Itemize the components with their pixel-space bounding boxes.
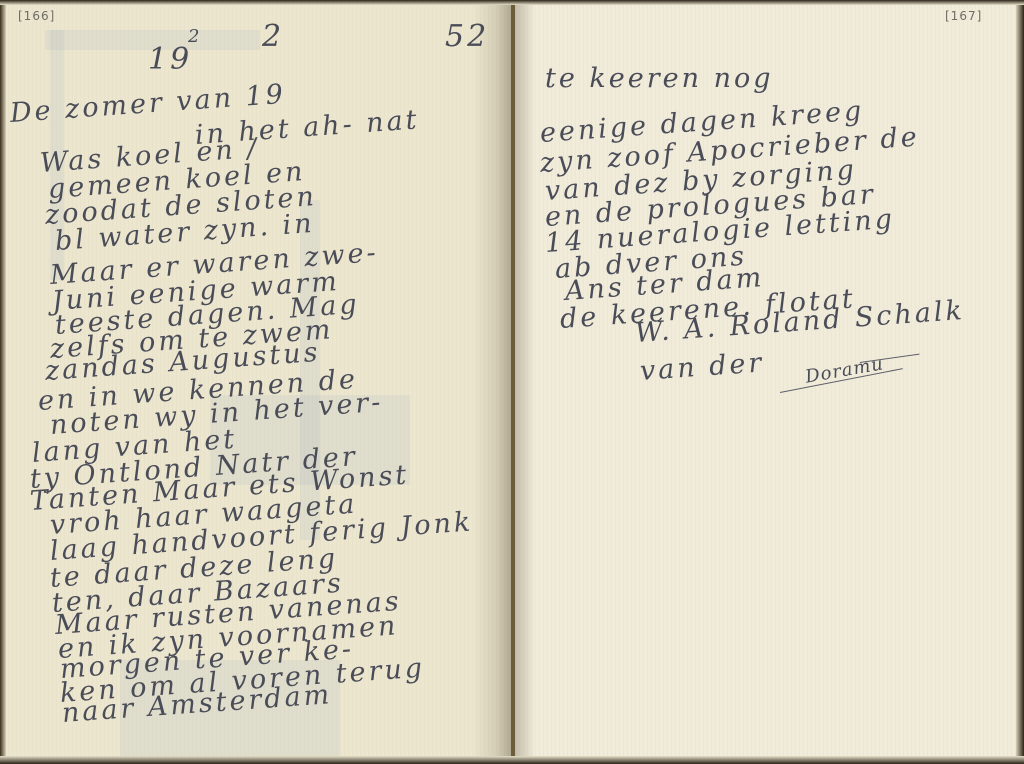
diary-spread: [166] 19 2 2 52 De zomer van 19 in het a… [0,0,1024,764]
bottom-edge [0,756,1024,764]
text-line: van der [639,349,765,385]
header-year-suffix: 2 [262,22,284,52]
gutter-shadow [515,0,535,764]
top-edge [0,0,1024,5]
right-edge [1016,0,1024,764]
left-page: [166] 19 2 2 52 De zomer van 19 in het a… [0,0,513,764]
archive-page-number: [166] [18,9,55,23]
header-year-superscript: 2 [188,28,200,46]
gutter-shadow [472,0,512,764]
right-page: [167] te keeren nog eenige dagen kreeg z… [515,0,1024,764]
header-entry-number: 52 [445,22,489,52]
text-line: te keeren nog [545,65,774,92]
archive-page-number: [167] [945,9,982,23]
left-edge [0,0,6,764]
header-year: 19 [148,45,192,75]
